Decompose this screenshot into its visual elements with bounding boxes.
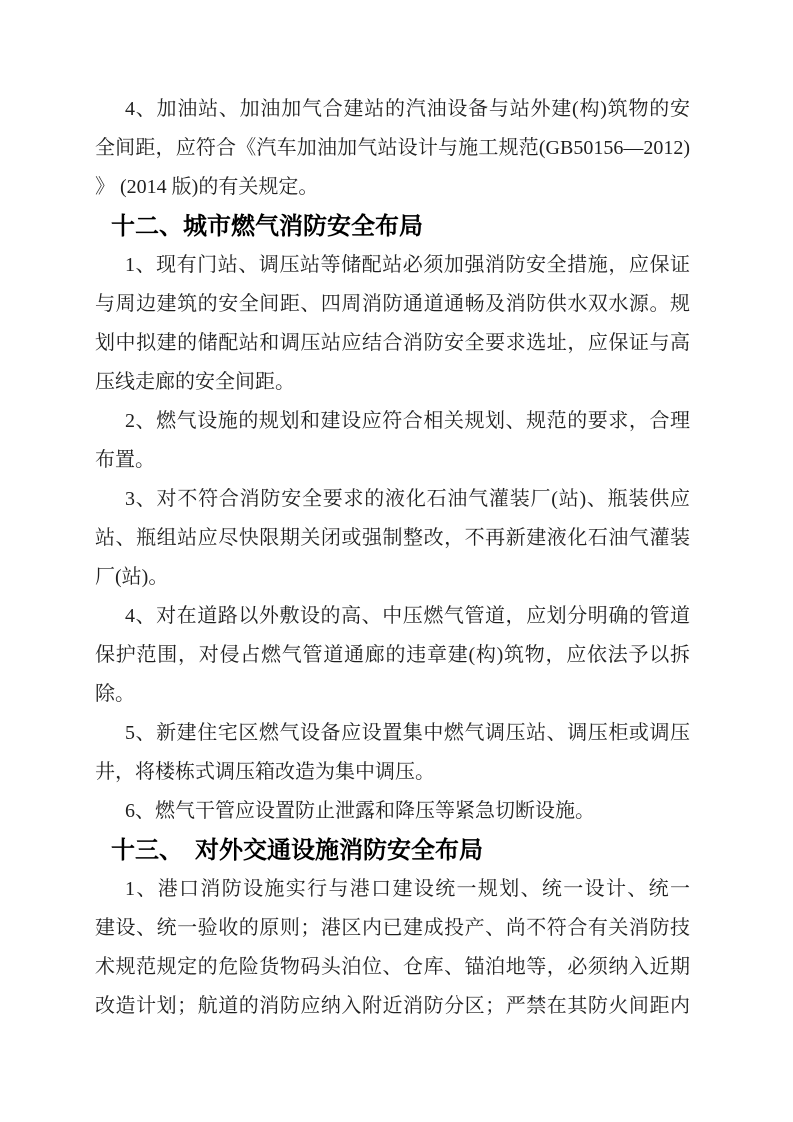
text-line: 布置。	[95, 441, 690, 480]
text-line: 划中拟建的储配站和调压站应结合消防安全要求选址，应保证与高	[95, 324, 690, 363]
text-line: 井，将楼栋式调压箱改造为集中调压。	[95, 753, 690, 792]
text-line: 5、新建住宅区燃气设备应设置集中燃气调压站、调压柜或调压	[95, 714, 690, 753]
section-13-heading: 十三、 对外交通设施消防安全布局	[95, 831, 690, 870]
text-line: 6、燃气干管应设置防止泄露和降压等紧急切断设施。	[95, 792, 690, 831]
section-12-item-2-paragraph: 2、燃气设施的规划和建设应符合相关规划、规范的要求，合理布置。	[95, 402, 690, 480]
text-line: 除。	[95, 675, 690, 714]
text-line: 》 (2014 版)的有关规定。	[95, 168, 690, 207]
text-line: 2、燃气设施的规划和建设应符合相关规划、规范的要求，合理	[95, 402, 690, 441]
text-line: 保护范围，对侵占燃气管道通廊的违章建(构)筑物，应依法予以拆	[95, 636, 690, 675]
text-line: 压线走廊的安全间距。	[95, 363, 690, 402]
text-line: 1、港口消防设施实行与港口建设统一规划、统一设计、统一	[95, 870, 690, 909]
document-content: 4、加油站、加油加气合建站的汽油设备与站外建(构)筑物的安全间距，应符合《汽车加…	[95, 90, 690, 1026]
section-12-item-1-paragraph: 1、现有门站、调压站等储配站必须加强消防安全措施，应保证与周边建筑的安全间距、四…	[95, 246, 690, 402]
text-line: 厂(站)。	[95, 558, 690, 597]
text-line: 全间距，应符合《汽车加油加气站设计与施工规范(GB50156—2012)	[95, 129, 690, 168]
text-line: 术规范规定的危险货物码头泊位、仓库、锚泊地等，必须纳入近期	[95, 948, 690, 987]
section-13-item-1-paragraph: 1、港口消防设施实行与港口建设统一规划、统一设计、统一建设、统一验收的原则；港区…	[95, 870, 690, 1026]
text-line: 4、加油站、加油加气合建站的汽油设备与站外建(构)筑物的安	[95, 90, 690, 129]
section-12-item-6-paragraph: 6、燃气干管应设置防止泄露和降压等紧急切断设施。	[95, 792, 690, 831]
document-page: 4、加油站、加油加气合建站的汽油设备与站外建(构)筑物的安全间距，应符合《汽车加…	[0, 0, 793, 1122]
gas-station-item-4-paragraph: 4、加油站、加油加气合建站的汽油设备与站外建(构)筑物的安全间距，应符合《汽车加…	[95, 90, 690, 207]
text-line: 站、瓶组站应尽快限期关闭或强制整改，不再新建液化石油气灌装	[95, 519, 690, 558]
section-12-item-3-paragraph: 3、对不符合消防安全要求的液化石油气灌装厂(站)、瓶装供应站、瓶组站应尽快限期关…	[95, 480, 690, 597]
section-12-heading: 十二、城市燃气消防安全布局	[95, 207, 690, 246]
text-line: 改造计划；航道的消防应纳入附近消防分区；严禁在其防火间距内	[95, 987, 690, 1026]
text-line: 3、对不符合消防安全要求的液化石油气灌装厂(站)、瓶装供应	[95, 480, 690, 519]
text-line: 1、现有门站、调压站等储配站必须加强消防安全措施，应保证	[95, 246, 690, 285]
section-12-item-5-paragraph: 5、新建住宅区燃气设备应设置集中燃气调压站、调压柜或调压井，将楼栋式调压箱改造为…	[95, 714, 690, 792]
text-line: 4、对在道路以外敷设的高、中压燃气管道，应划分明确的管道	[95, 597, 690, 636]
text-line: 与周边建筑的安全间距、四周消防通道通畅及消防供水双水源。规	[95, 285, 690, 324]
text-line: 建设、统一验收的原则；港区内已建成投产、尚不符合有关消防技	[95, 909, 690, 948]
section-12-item-4-paragraph: 4、对在道路以外敷设的高、中压燃气管道，应划分明确的管道保护范围，对侵占燃气管道…	[95, 597, 690, 714]
